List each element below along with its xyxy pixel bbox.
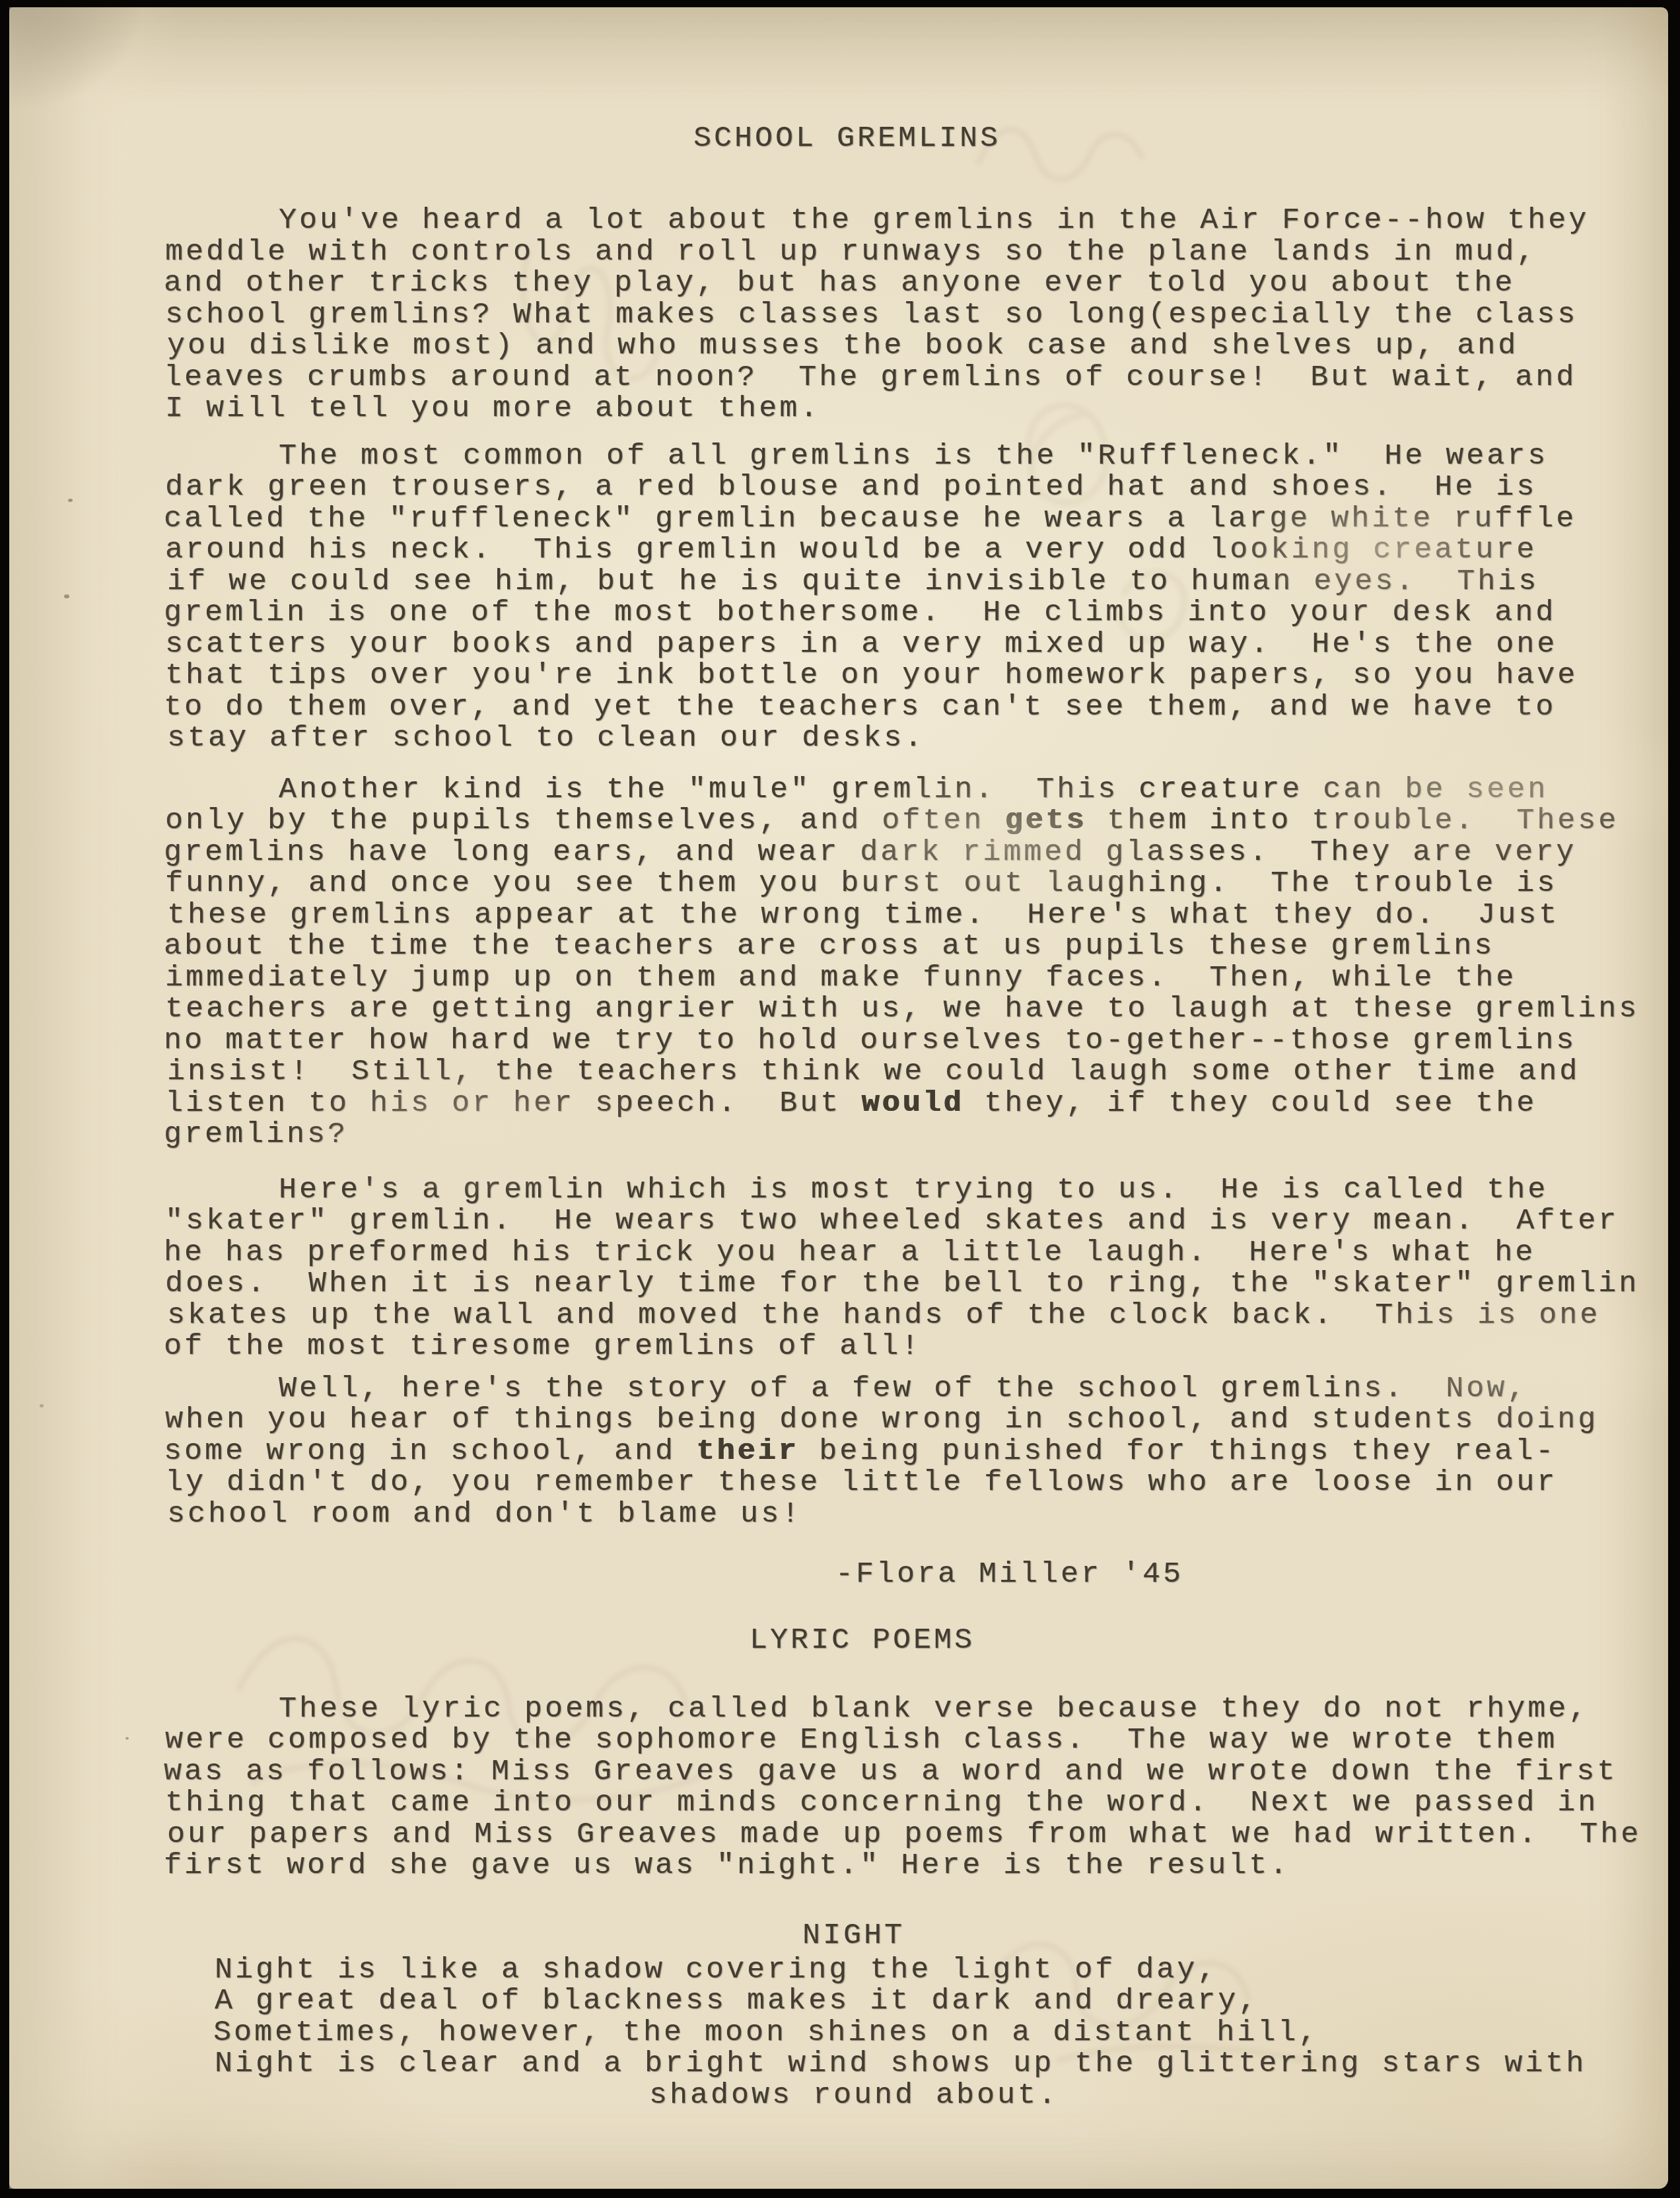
text-line: Well, here's the story of a few of the s… <box>165 1373 1677 1405</box>
story-paragraph-2: The most common of all gremlins is the "… <box>165 441 1677 754</box>
story-byline: -Flora Miller '45 <box>835 1559 1677 1590</box>
text-line: gremlins? <box>164 1119 1676 1151</box>
text-line: "skater" gremlin. He wears two wheeled s… <box>165 1205 1677 1237</box>
ink-speck <box>64 594 69 598</box>
typewritten-text-column: SCHOOL GREMLINS You've heard a lot about… <box>165 123 1677 2111</box>
text-line: These lyric poems, called blank verse be… <box>165 1693 1677 1725</box>
ink-speck <box>125 1737 129 1740</box>
text-line: thing that came into our minds concernin… <box>165 1787 1677 1819</box>
text-line: only by the pupils themselves, and often… <box>165 805 1677 837</box>
text-line: scatters your books and papers in a very… <box>165 629 1677 660</box>
text-line: immediately jump up on them and make fun… <box>165 962 1677 994</box>
text-line: Here's a gremlin which is most trying to… <box>165 1174 1677 1206</box>
text-line: these gremlins appear at the wrong time.… <box>167 900 1679 931</box>
text-line: gremlin is one of the most bothersome. H… <box>164 597 1676 629</box>
text-line: meddle with controls and roll up runways… <box>165 236 1677 268</box>
text-line: and other tricks they play, but has anyo… <box>164 267 1676 299</box>
text-line: stay after school to clean our desks. <box>167 723 1679 754</box>
text-line: was as follows: Miss Greaves gave us a w… <box>164 1756 1676 1788</box>
text-line: A great deal of blackness makes it dark … <box>215 1985 1677 2017</box>
ink-speck <box>68 499 73 502</box>
story-title: SCHOOL GREMLINS <box>693 123 1677 155</box>
text-line: he has preformed his trick you hear a li… <box>164 1237 1676 1269</box>
text-line: leaves crumbs around at noon? The gremli… <box>164 362 1676 394</box>
scanned-document-page: SCHOOL GREMLINS You've heard a lot about… <box>9 7 1668 2189</box>
text-line: to do them over, and yet the teachers ca… <box>164 691 1676 723</box>
text-line: You've heard a lot about the gremlins in… <box>165 205 1677 236</box>
poem-night: Night is like a shadow covering the ligh… <box>215 1954 1677 2111</box>
text-line: Sometimes, however, the moon shines on a… <box>213 2017 1676 2049</box>
story-paragraph-1: You've heard a lot about the gremlins in… <box>165 205 1677 425</box>
text-line: dark green trousers, a red blouse and po… <box>165 472 1677 503</box>
text-line: teachers are getting angrier with us, we… <box>165 993 1677 1025</box>
text-line: some wrong in school, and their being pu… <box>164 1436 1676 1468</box>
text-line: no matter how hard we try to hold oursel… <box>164 1025 1676 1057</box>
story-paragraph-5: Well, here's the story of a few of the s… <box>165 1373 1677 1530</box>
text-line: The most common of all gremlins is the "… <box>165 441 1677 472</box>
text-line: called the "ruffleneck" gremlin because … <box>164 503 1676 535</box>
lyric-poems-heading: LYRIC POEMS <box>750 1625 1677 1656</box>
text-line: does. When it is nearly time for the bel… <box>165 1268 1677 1300</box>
text-line: Night is clear and a bright wind shows u… <box>215 2048 1677 2080</box>
text-line: skates up the wall and moved the hands o… <box>167 1300 1679 1331</box>
text-line: gremlins have long ears, and wear dark r… <box>164 837 1676 869</box>
lyric-intro-paragraph: These lyric poems, called blank verse be… <box>165 1693 1677 1882</box>
text-line: when you hear of things being done wrong… <box>165 1404 1677 1436</box>
text-line: ly didn't do, you remember these little … <box>165 1467 1677 1499</box>
text-line: first word she gave us was "night." Here… <box>164 1850 1676 1882</box>
text-line: shadows round about. <box>649 2080 1679 2111</box>
text-line: school gremlins? What makes classes last… <box>165 299 1677 331</box>
text-line: Another kind is the "mule" gremlin. This… <box>165 774 1677 806</box>
text-line: about the time the teachers are cross at… <box>164 931 1676 962</box>
text-line: that tips over you're ink bottle on your… <box>165 660 1677 691</box>
text-line: funny, and once you see them you burst o… <box>165 868 1677 900</box>
story-paragraph-3: Another kind is the "mule" gremlin. This… <box>165 774 1677 1151</box>
ink-speck <box>40 1404 44 1407</box>
poem-title: NIGHT <box>802 1920 1677 1952</box>
text-line: you dislike most) and who musses the boo… <box>167 330 1679 362</box>
text-line: school room and don't blame us! <box>167 1499 1679 1530</box>
text-line: our papers and Miss Greaves made up poem… <box>167 1819 1679 1851</box>
text-line: of the most tiresome gremlins of all! <box>164 1331 1676 1363</box>
text-line: I will tell you more about them. <box>165 393 1677 425</box>
text-line: around his neck. This gremlin would be a… <box>165 534 1677 566</box>
text-line: were composed by the sophomore English c… <box>165 1724 1677 1756</box>
story-paragraph-4: Here's a gremlin which is most trying to… <box>165 1174 1677 1363</box>
text-line: listen to his or her speech. But would t… <box>165 1088 1677 1119</box>
text-line: if we could see him, but he is quite inv… <box>167 566 1679 598</box>
text-line: insist! Still, the teachers think we cou… <box>167 1056 1679 1088</box>
text-line: Night is like a shadow covering the ligh… <box>215 1954 1677 1986</box>
